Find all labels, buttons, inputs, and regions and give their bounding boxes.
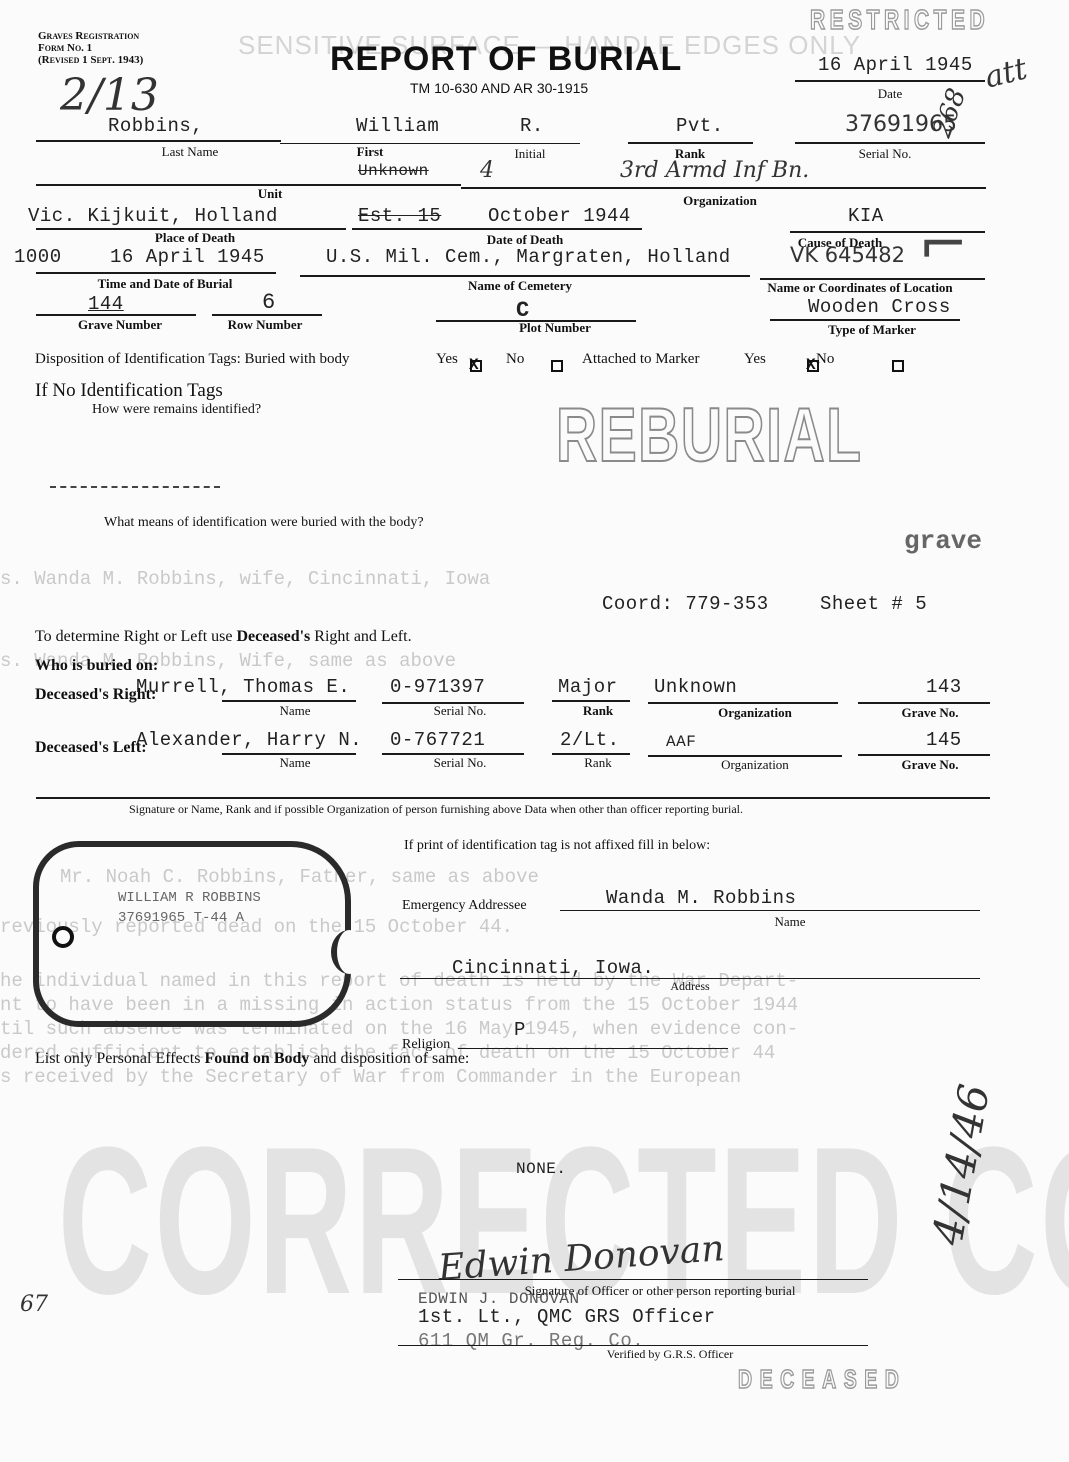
- how-identified-label: How were remains identified?: [92, 402, 261, 418]
- right-organization-caption: Organization: [700, 705, 810, 721]
- cause-of-death-value: KIA: [848, 205, 884, 227]
- right-serial-value: 0-971397: [390, 676, 485, 698]
- sheet-text: Sheet # 5: [820, 593, 927, 615]
- cemetery-caption: Name of Cemetery: [440, 278, 600, 294]
- report-subtitle: TM 10-630 AND AR 30-1915: [410, 80, 588, 96]
- attached-marker-label: Attached to Marker: [582, 351, 699, 368]
- organization-handwritten-value: 3rd Armd Inf Bn.: [620, 158, 809, 183]
- buried-yes-checkbox[interactable]: [470, 360, 482, 372]
- organization-caption: Organization: [660, 193, 780, 209]
- how-identified-line: [50, 486, 220, 488]
- place-of-death-value: Vic. Kijkuit, Holland: [28, 205, 278, 227]
- left-name-caption: Name: [265, 755, 325, 771]
- right-serial-caption: Serial No.: [410, 703, 510, 719]
- grave-stamp: grave: [904, 526, 982, 556]
- dog-tag-line-2: 37691965 T-44 A: [118, 908, 244, 928]
- handwritten-initials: att: [981, 51, 1030, 95]
- left-organization-caption: Organization: [700, 757, 810, 773]
- coordinate-text: Coord: 779-353: [602, 593, 769, 615]
- deceased-stamp: DECEASED: [738, 1364, 906, 1395]
- handwritten-bracket-mark: ⌐: [918, 210, 968, 280]
- emergency-addressee-label: Emergency Addressee: [402, 898, 527, 914]
- emergency-address-value: Cincinnati, Iowa.: [452, 957, 654, 979]
- date-of-death-value: October 1944: [488, 205, 631, 227]
- buried-yes-label: Yes: [436, 351, 458, 368]
- left-serial-value: 0-767721: [390, 729, 485, 751]
- disposition-label: Disposition of Identification Tags: Buri…: [35, 351, 349, 368]
- handwritten-marker: 4: [480, 158, 494, 183]
- grave-number-value: 144: [88, 293, 124, 315]
- initial-caption: Initial: [500, 146, 560, 162]
- right-name-value: Murrell, Thomas E.: [136, 676, 350, 698]
- dog-tag-line-1: WILLIAM R ROBBINS: [118, 888, 261, 908]
- who-buried-label: Who is buried on:: [35, 657, 158, 675]
- right-organization-value: Unknown: [654, 676, 737, 698]
- buried-no-label: No: [506, 351, 524, 368]
- first-name-value: William: [356, 115, 439, 137]
- left-grave-caption: Grave No.: [890, 757, 970, 773]
- officer-typed-rank: 1st. Lt., QMC GRS Officer: [418, 1306, 716, 1328]
- last-name-caption: Last Name: [120, 144, 260, 160]
- first-name-caption: First: [345, 144, 395, 160]
- emergency-name-value: Wanda M. Robbins: [606, 887, 796, 909]
- form-line-2: Form No. 1: [38, 42, 143, 54]
- time-date-caption: Time and Date of Burial: [80, 276, 250, 292]
- religion-value: P: [514, 1019, 526, 1041]
- left-name-value: Alexander, Harry N.: [136, 729, 362, 751]
- left-rank-caption: Rank: [568, 755, 628, 771]
- handwritten-file-number: 2/13: [60, 70, 159, 121]
- location-caption: Name or Coordinates of Location: [745, 280, 975, 296]
- left-rank-value: 2/Lt.: [560, 729, 620, 751]
- dog-tag-impression: [33, 841, 351, 1027]
- bleed-through-line: s. Wanda M. Robbins, wife, Cincinnati, I…: [0, 568, 490, 590]
- serial-caption: Serial No.: [830, 146, 940, 162]
- right-rank-caption: Rank: [568, 703, 628, 719]
- unit-caption: Unit: [240, 186, 300, 202]
- form-line-1: Graves Registration: [38, 30, 143, 42]
- attached-yes-label: Yes: [744, 351, 766, 368]
- marker-type-caption: Type of Marker: [812, 322, 932, 338]
- organization-struck-value: Unknown: [358, 162, 429, 180]
- emergency-name-caption: Name: [760, 914, 820, 930]
- grave-number-caption: Grave Number: [70, 317, 170, 333]
- means-buried-label: What means of identification were buried…: [104, 515, 424, 531]
- row-number-value: 6: [262, 290, 276, 315]
- last-name-value: Robbins,: [108, 115, 203, 137]
- personal-effects-label: List only Personal Effects Found on Body…: [35, 1050, 469, 1068]
- emergency-address-caption: Address: [650, 979, 730, 994]
- right-rank-value: Major: [558, 676, 618, 698]
- report-date: 16 April 1945: [818, 54, 973, 76]
- place-of-death-caption: Place of Death: [140, 230, 250, 246]
- plot-number-caption: Plot Number: [505, 320, 605, 336]
- buried-no-checkbox[interactable]: [551, 360, 563, 372]
- burial-date-value: 16 April 1945: [110, 246, 265, 268]
- rank-value: Pvt.: [676, 115, 724, 137]
- attached-no-checkbox[interactable]: [892, 360, 904, 372]
- restricted-stamp: RESTRICTED: [810, 4, 989, 36]
- burial-time-value: 1000: [14, 246, 62, 268]
- form-identifier: Graves Registration Form No. 1 (Revised …: [38, 30, 143, 66]
- no-tags-heading: If No Identification Tags: [35, 380, 223, 402]
- personal-effects-value: NONE.: [516, 1160, 567, 1178]
- reburial-stamp: REBURIAL: [556, 392, 862, 479]
- form-line-3: (Revised 1 Sept. 1943): [38, 54, 143, 66]
- right-left-instruction: To determine Right or Left use Deceased'…: [35, 628, 412, 646]
- attached-no-label: No: [816, 351, 834, 368]
- bleed-through-line: s received by the Secretary of War from …: [0, 1066, 741, 1088]
- dog-tag-hole-icon: [52, 926, 74, 948]
- right-grave-value: 143: [926, 676, 962, 698]
- date-of-death-struck: Est. 15: [358, 205, 441, 227]
- handwritten-margin-number: 67: [20, 1292, 48, 1317]
- marker-type-value: Wooden Cross: [808, 296, 951, 318]
- deceased-left-label: Deceased's Left:: [35, 739, 147, 757]
- right-name-caption: Name: [265, 703, 325, 719]
- dog-tag-notch: [331, 930, 367, 974]
- row-number-caption: Row Number: [215, 317, 315, 333]
- location-coordinates-value: VK 645482: [790, 243, 905, 267]
- cemetery-value: U.S. Mil. Cem., Margraten, Holland: [326, 246, 731, 268]
- furnisher-caption: Signature or Name, Rank and if possible …: [36, 802, 836, 817]
- report-title: REPORT OF BURIAL: [330, 40, 682, 79]
- left-serial-caption: Serial No.: [410, 755, 510, 771]
- tag-print-instruction: If print of identification tag is not af…: [404, 838, 710, 854]
- left-grave-value: 145: [926, 729, 962, 751]
- right-grave-caption: Grave No.: [890, 705, 970, 721]
- verified-caption: Verified by G.R.S. Officer: [585, 1347, 755, 1362]
- left-organization-value: AAF: [666, 733, 696, 751]
- initial-value: R.: [520, 115, 544, 137]
